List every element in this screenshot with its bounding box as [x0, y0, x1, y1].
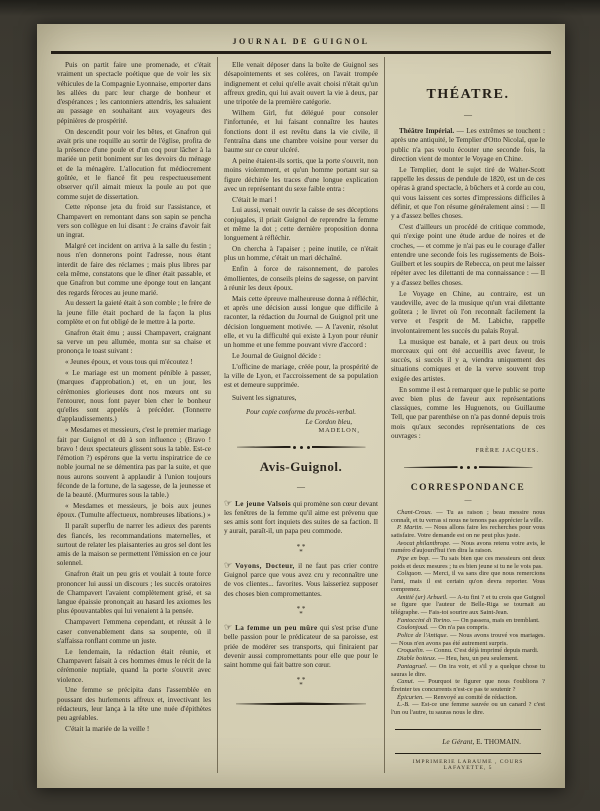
correspondence-reply: — Pourquoi te figurer que nous t'oublion… [391, 678, 545, 693]
pointing-hand-icon: ☞ [224, 622, 235, 632]
article-paragraph: Le lendemain, la rédaction était réunie,… [57, 648, 211, 685]
paragraph-text: La musique est banale, et à part deux ou… [391, 338, 545, 383]
spindle-divider [236, 702, 366, 705]
correspondent-name: Croquelin. [397, 647, 424, 654]
ornament-divider [224, 446, 378, 449]
correspondance-entry: Amitié (ur) Arbueil. — A-tu fini ? et tu… [391, 594, 545, 617]
paragraph-lead: Théâtre Impérial. [399, 127, 454, 135]
correspondance-entry: Diable boiteux. — Heu, heu, un peu seule… [391, 655, 545, 663]
gerant-label: Le Gérant, [442, 737, 474, 746]
footer-rule [395, 729, 541, 730]
article-paragraph: Le Journal de Guignol décide : [224, 352, 378, 361]
correspondance-entry: Coliquon. — Merci, il va sans dire que n… [391, 570, 545, 593]
paragraph-text: Le Voyage en Chine, au contraire, est un… [391, 290, 545, 335]
asterism-ornament: * ** [224, 678, 378, 688]
correspondent-name: Épicurien. [397, 694, 424, 701]
correspondance-entry: Pipe en bop. — Tu sais bien que ces mess… [391, 555, 545, 570]
footer-rule [395, 753, 541, 754]
correspondance-entry: Chant-Croux. — Tu as raison ; beau messi… [391, 509, 545, 524]
notice-lead: Voyons, Docteur, [235, 562, 295, 570]
notice-lead: La femme un peu mûre [235, 624, 317, 632]
article-continuation: Elle venait déposer dans la boîte de Gui… [224, 61, 378, 391]
correspondance-entry: Croquelin. — Connu. C'est déjà imprimé d… [391, 647, 545, 655]
masthead-rule [51, 51, 551, 54]
article-paragraph: Elle venait déposer dans la boîte de Gui… [224, 61, 378, 107]
theatre-paragraph: C'est d'ailleurs un procédé de critique … [391, 223, 545, 288]
paragraph-text: Le Templier, dont le sujet tiré de Walte… [391, 166, 545, 220]
article-paragraph: Gnafron était ému ; aussi Champavert, cr… [57, 329, 211, 357]
correspondent-name: Fantoccini di Torino. [397, 617, 451, 624]
article-paragraph: Il paraît superflu de narrer les adieux … [57, 522, 211, 568]
correspondent-name: L.-B. [397, 701, 410, 708]
article-paragraph: C'était la mariée de la veille ! [57, 725, 211, 734]
correspondence-reply: — Renvoyé au comité de rédaction. [425, 694, 517, 701]
correspondent-name: P. Martin. [397, 524, 423, 531]
column-2: Elle venait déposer dans la boîte de Gui… [217, 57, 385, 773]
correspondence-reply: — On passera, mais en tremblant. [453, 617, 540, 624]
gerant-name: E. THOMAIN. [476, 737, 521, 746]
theatre-paragraph: Théâtre Impérial. — Les extrêmes se touc… [391, 127, 545, 164]
article-paragraph: Une femme se précipita dans l'assemblée … [57, 686, 211, 723]
avis-guignol-title: Avis-Guignol. [224, 459, 378, 475]
article-paragraph: Mais cette épreuve malheureuse donna à r… [224, 295, 378, 351]
article-paragraph: Enfin à force de raisonnement, de parole… [224, 265, 378, 293]
article-paragraph: Puis on partit faire une promenade, et c… [57, 61, 211, 126]
correspondance-entry: P. Martin. — Nous allons faire les reche… [391, 524, 545, 539]
theatre-paragraph: Le Templier, dont le sujet tiré de Walte… [391, 166, 545, 222]
notice-block: ☞Le jeune Valsois qui promène son cœur d… [224, 499, 378, 555]
column-footer: Le Gérant, E. THOMAIN. IMPRIMERIE LABAUM… [391, 725, 545, 773]
signatures-intro: Suivent les signatures, [224, 394, 378, 402]
theatre-paragraph: En somme il est à remarquer que le publi… [391, 386, 545, 442]
correspondent-name: Avocat philanthrope. [397, 540, 451, 547]
article-paragraph: Wilhem Girl, fut délégué pour consoler l… [224, 109, 378, 155]
article-paragraph: Lui aussi, venait ouvrir la caisse de se… [224, 206, 378, 243]
correspondent-name: Diable boiteux. [397, 655, 436, 662]
correspondent-name: Coulonjoud. [397, 624, 429, 631]
article-paragraph: Malgré cet incident on arriva à la salle… [57, 242, 211, 298]
correspondence-reply: — On n'a pas compris. [430, 624, 488, 631]
correspondence-reply: — Est-ce une femme sauvée ou un canard ?… [391, 701, 545, 716]
correspondent-name: Coliquon. [397, 570, 422, 577]
article-paragraph: On chercha à l'apaiser ; peine inutile, … [224, 245, 378, 264]
correspondance-entry: Fantoccini di Torino. — On passera, mais… [391, 617, 545, 625]
correspondence-reply: — Connu. C'est déjà imprimé depuis mardi… [426, 647, 539, 654]
article-paragraph: A peine étaient-ils sortis, que la porte… [224, 157, 378, 194]
signature-frere-jacques: FRÈRE JACQUES. [391, 447, 545, 454]
article-paragraph: Cette réponse jeta du froid sur l'assist… [57, 203, 211, 240]
asterism-ornament: * ** [224, 545, 378, 555]
article-paragraph: « Mesdames et messieurs, je bois aux jeu… [57, 502, 211, 521]
paragraph-text: En somme il est à remarquer que le publi… [391, 386, 545, 440]
column-1: Puis on partit faire une promenade, et c… [51, 57, 217, 773]
notice-block: ☞Voyons, Docteur, il ne faut pas crier c… [224, 561, 378, 617]
correspondance-entry: Avocat philanthrope. — Nous avons retenu… [391, 540, 545, 555]
article-paragraph: On descendit pour voir les bêtes, et Gna… [57, 128, 211, 202]
article-paragraph: C'était le mari ! [224, 196, 378, 205]
pointing-hand-icon: ☞ [224, 560, 235, 570]
correspondance-entry: Police de l'Antique. — Nous avons trouvé… [391, 632, 545, 647]
article-paragraph: Champavert l'emmena cependant, et réussi… [57, 618, 211, 646]
ornament-divider [391, 466, 545, 469]
article-paragraph: « Mesdames et messieurs, c'est le premie… [57, 426, 211, 500]
correspondance-entry: Canut. — Pourquoi te figurer que nous t'… [391, 678, 545, 693]
section-dash: — [391, 110, 545, 119]
printer-imprint: IMPRIMERIE LABAUME , COURS LAFAYETTE, 5 [391, 759, 545, 771]
correspondent-name: Police de l'Antique. [397, 632, 448, 639]
pointing-hand-icon: ☞ [224, 498, 235, 508]
article-paragraph: « Jeunes époux, et vous tous qui m'écout… [57, 358, 211, 367]
article-paragraph: L'officine de mariage, créée pour, la pr… [224, 363, 378, 391]
asterism-ornament: * ** [224, 607, 378, 617]
theatre-article: Théâtre Impérial. — Les extrêmes se touc… [391, 127, 545, 443]
theatre-paragraph: Le Voyage en Chine, au contraire, est un… [391, 290, 545, 336]
correspondance-entry: Coulonjoud. — On n'a pas compris. [391, 624, 545, 632]
correspondance-entries: Chant-Croux. — Tu as raison ; beau messi… [391, 509, 545, 717]
correspondent-name: Canut. [397, 678, 414, 685]
section-dash: — [391, 496, 545, 504]
masthead-title: JOURNAL DE GUIGNOL [51, 37, 551, 46]
notice-lead: Le jeune Valsois [235, 500, 291, 508]
notice-paragraph: ☞Le jeune Valsois qui promène son cœur d… [224, 499, 378, 537]
avis-notices: ☞Le jeune Valsois qui promène son cœur d… [224, 499, 378, 689]
notice-paragraph: ☞Voyons, Docteur, il ne faut pas crier c… [224, 561, 378, 599]
correspondence-reply: — Heu, heu, un peu seulement. [438, 655, 519, 662]
theatre-paragraph: La musique est banale, et à part deux ou… [391, 338, 545, 384]
correspondent-name: Pantagruel. [397, 663, 427, 670]
column-3: THÉATRE. — Théâtre Impérial. — Les extrê… [385, 57, 551, 773]
signature-cordon-bleu: Le Cordon bleu, [224, 418, 378, 426]
correspondance-title: CORRESPONDANCE [391, 483, 545, 493]
correspondent-name: Chant-Croux. [397, 509, 432, 516]
signature-madelon: MADELON, [224, 427, 378, 434]
article-paragraph: Au dessert la gaieté était à son comble … [57, 299, 211, 327]
correspondance-entry: L.-B. — Est-ce une femme sauvée ou un ca… [391, 701, 545, 716]
columns-container: Puis on partit faire une promenade, et c… [51, 57, 551, 773]
paragraph-text: C'est d'ailleurs un procédé de critique … [391, 223, 545, 287]
theatre-section-title: THÉATRE. [391, 87, 545, 103]
section-dash: — [224, 482, 378, 491]
newspaper-page: JOURNAL DE GUIGNOL Puis on partit faire … [37, 24, 565, 788]
copy-conform-line: Pour copie conforme du procès-verbal. [224, 408, 378, 416]
correspondance-entry: Épicurien. — Renvoyé au comité de rédact… [391, 694, 545, 702]
article-paragraph: « Le mariage est un moment pénible à pas… [57, 369, 211, 425]
correspondent-name: Amitié (ur) Arbueil. [397, 594, 448, 601]
correspondance-entry: Pantagruel. — On ira voir, et s'il y a q… [391, 663, 545, 678]
article-paragraph: Gnafron était un peu gris et voulait à t… [57, 570, 211, 616]
notice-block: ☞La femme un peu mûre qui s'est prise d'… [224, 623, 378, 688]
correspondent-name: Pipe en bop. [397, 555, 430, 562]
notice-paragraph: ☞La femme un peu mûre qui s'est prise d'… [224, 623, 378, 670]
gerant-line: Le Gérant, E. THOMAIN. [391, 737, 545, 746]
